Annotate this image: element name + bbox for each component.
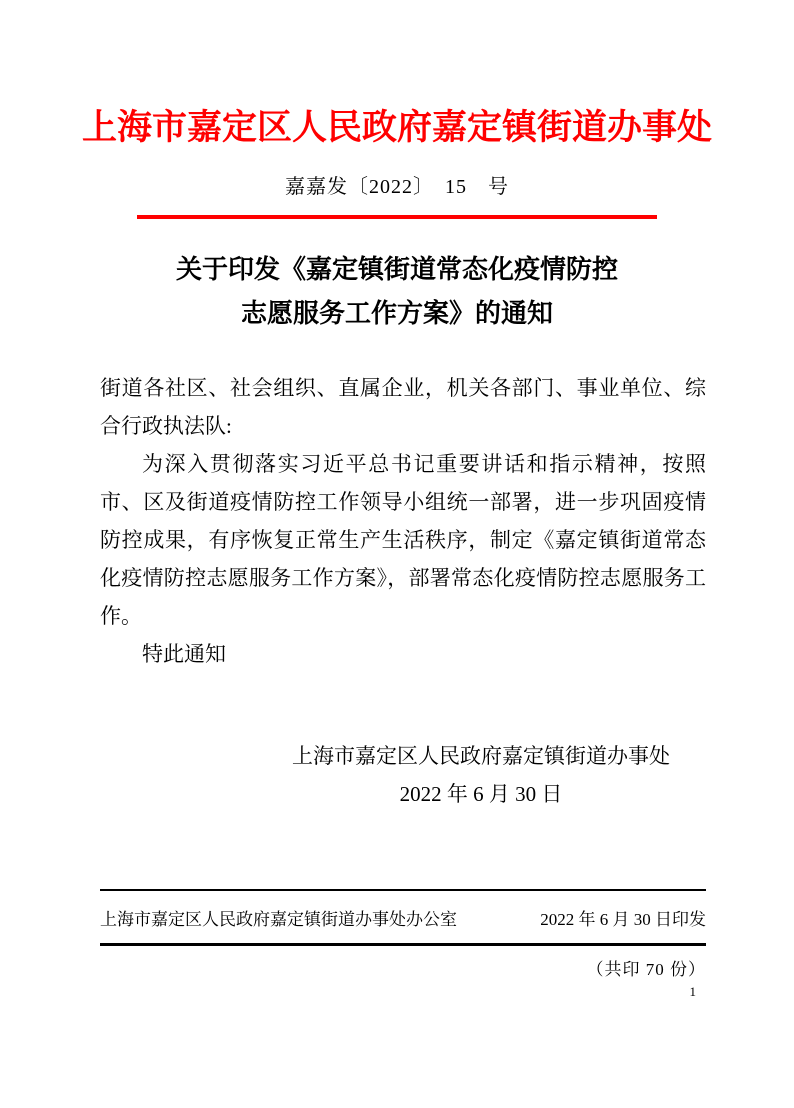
notice-title: 关于印发《嘉定镇街道常态化疫情防控 志愿服务工作方案》的通知 (0, 248, 794, 336)
document-body: 街道各社区、社会组织、直属企业，机关各部门、事业单位、综合行政执法队: 为深入贯… (100, 369, 706, 673)
footer-imprint-row: 上海市嘉定区人民政府嘉定镇街道办事处办公室 2022 年 6 月 30 日印发 (100, 889, 706, 946)
footer-copies-count: （共印 70 份） (100, 955, 706, 980)
body-paragraph-1: 为深入贯彻落实习近平总书记重要讲话和指示精神，按照市、区及街道疫情防控工作领导小… (100, 445, 706, 635)
footer-print-date: 2022 年 6 月 30 日印发 (540, 905, 706, 930)
salutation: 街道各社区、社会组织、直属企业，机关各部门、事业单位、综合行政执法队: (100, 369, 706, 445)
document-footer: 上海市嘉定区人民政府嘉定镇街道办事处办公室 2022 年 6 月 30 日印发 … (100, 889, 706, 980)
red-divider-line (137, 215, 657, 219)
document-page: 上海市嘉定区人民政府嘉定镇街道办事处 嘉嘉发〔2022〕 15 号 关于印发《嘉… (0, 0, 794, 1108)
signature-org: 上海市嘉定区人民政府嘉定镇街道办事处 (292, 737, 670, 775)
signature-date: 2022 年 6 月 30 日 (292, 775, 670, 813)
notice-title-line-2: 志愿服务工作方案》的通知 (241, 299, 553, 328)
document-number: 嘉嘉发〔2022〕 15 号 (0, 170, 794, 199)
body-paragraph-2: 特此通知 (100, 635, 706, 673)
page-number: 1 (656, 984, 696, 1000)
footer-issuing-office: 上海市嘉定区人民政府嘉定镇街道办事处办公室 (100, 905, 457, 930)
document-header-title: 上海市嘉定区人民政府嘉定镇街道办事处 (0, 100, 794, 150)
signature-block: 上海市嘉定区人民政府嘉定镇街道办事处 2022 年 6 月 30 日 (292, 737, 670, 813)
notice-title-line-1: 关于印发《嘉定镇街道常态化疫情防控 (176, 255, 618, 284)
